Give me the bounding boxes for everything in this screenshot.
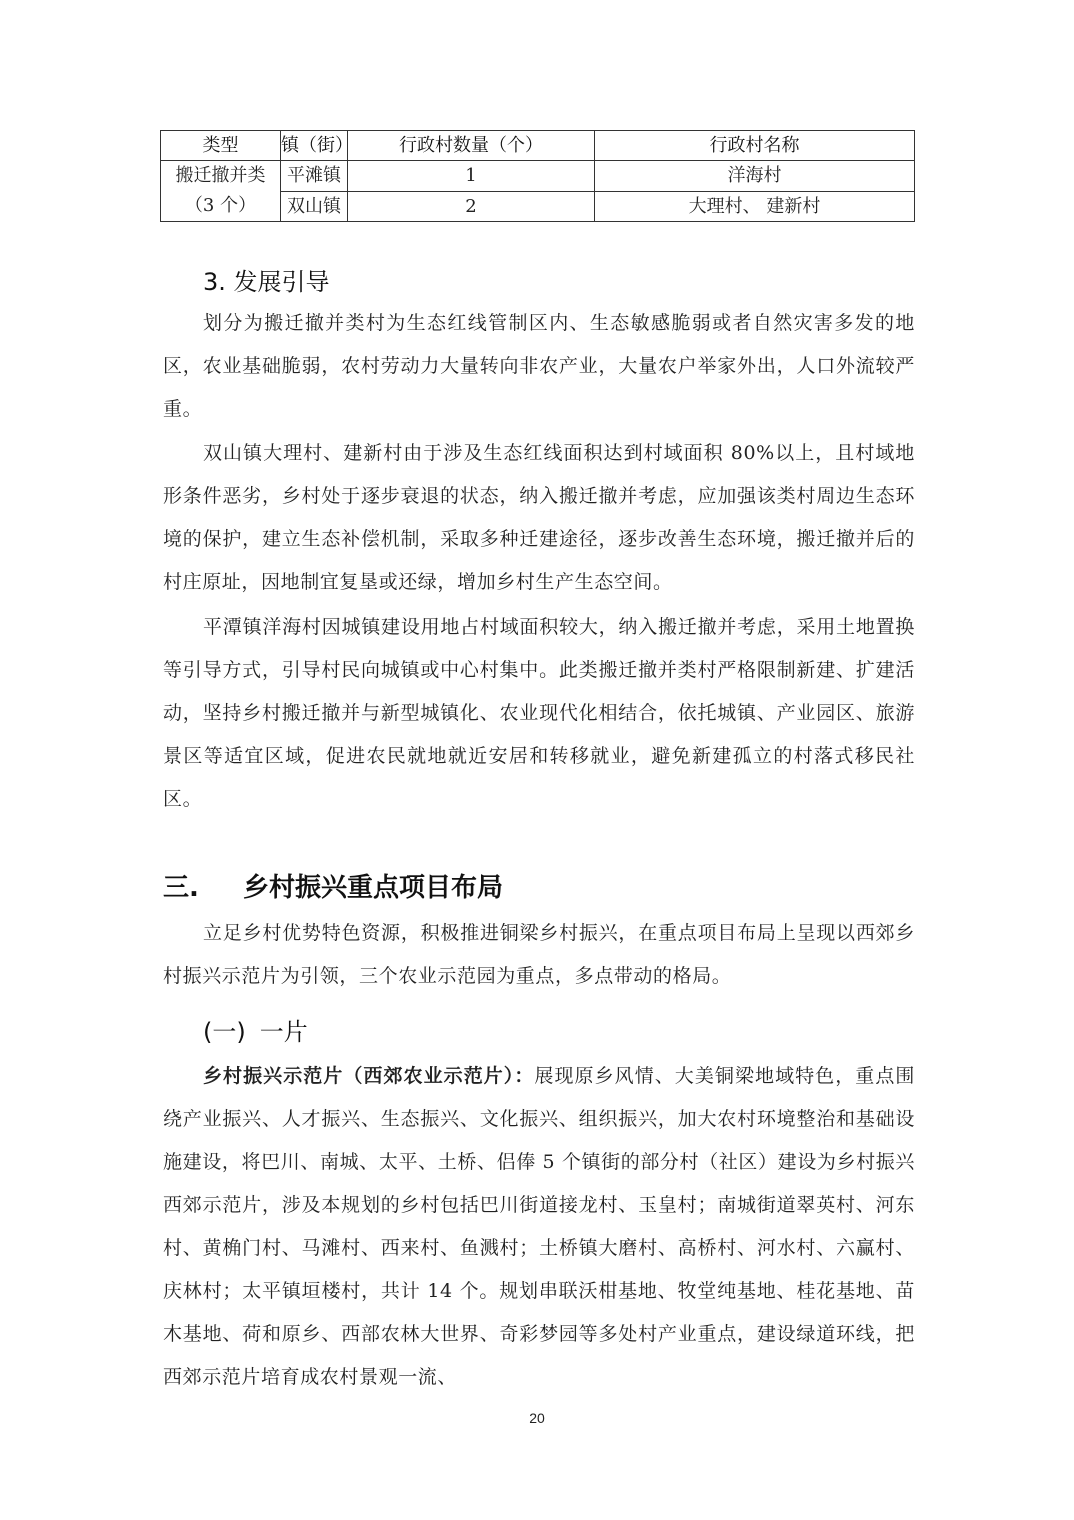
town-cell: 双山镇 <box>281 191 348 222</box>
chapter-number: 三. <box>163 867 243 904</box>
document-page: 类型 镇（街） 行政村数量（个） 行政村名称 搬迁撤并类 （3 个） 平滩镇 1… <box>0 0 1074 1520</box>
chapter-heading: 三.乡村振兴重点项目布局 <box>163 867 503 904</box>
demo-zone-paragraph: 乡村振兴示范片（西郊农业示范片）：展现原乡风情、大美铜梁地域特色，重点围绕产业振… <box>163 1055 915 1399</box>
header-type: 类型 <box>161 131 281 161</box>
subsection-heading: (一)一片 <box>203 1012 308 1047</box>
town-cell: 平滩镇 <box>281 161 348 192</box>
paragraph-body: 展现原乡风情、大美铜梁地域特色，重点围绕产业振兴、人才振兴、生态振兴、文化振兴、… <box>163 1065 915 1388</box>
chapter-title: 乡村振兴重点项目布局 <box>243 873 503 903</box>
category-label: 搬迁撤并类 <box>161 161 280 191</box>
count-cell: 2 <box>348 191 595 222</box>
names-cell: 洋海村 <box>595 161 915 192</box>
subsection-title: 一片 <box>260 1018 308 1046</box>
category-count: （3 个） <box>161 191 280 221</box>
chapter-intro-paragraph: 立足乡村优势特色资源，积极推进铜梁乡村振兴，在重点项目布局上呈现以西郊乡村振兴示… <box>163 912 915 998</box>
paragraph: 双山镇大理村、建新村由于涉及生态红线面积达到村域面积 80%以上，且村域地形条件… <box>163 432 915 604</box>
category-cell: 搬迁撤并类 （3 个） <box>161 161 281 222</box>
names-cell: 大理村、 建新村 <box>595 191 915 222</box>
paragraph: 平潭镇洋海村因城镇建设用地占村域面积较大，纳入搬迁撤并考虑，采用土地置换等引导方… <box>163 606 915 821</box>
section-heading-development-guidance: 3. 发展引导 <box>203 262 330 297</box>
table-header-row: 类型 镇（街） 行政村数量（个） 行政村名称 <box>161 131 915 161</box>
header-count: 行政村数量（个） <box>348 131 595 161</box>
count-cell: 1 <box>348 161 595 192</box>
header-town: 镇（街） <box>281 131 348 161</box>
header-names: 行政村名称 <box>595 131 915 161</box>
paragraph: 划分为搬迁撤并类村为生态红线管制区内、生态敏感脆弱或者自然灾害多发的地区，农业基… <box>163 302 915 431</box>
relocation-villages-table: 类型 镇（街） 行政村数量（个） 行政村名称 搬迁撤并类 （3 个） 平滩镇 1… <box>160 130 915 222</box>
subsection-number: (一) <box>203 1018 246 1046</box>
table-row: 搬迁撤并类 （3 个） 平滩镇 1 洋海村 <box>161 161 915 192</box>
paragraph-lead: 乡村振兴示范片（西郊农业示范片）： <box>203 1065 534 1087</box>
page-number: 20 <box>0 1410 1074 1426</box>
